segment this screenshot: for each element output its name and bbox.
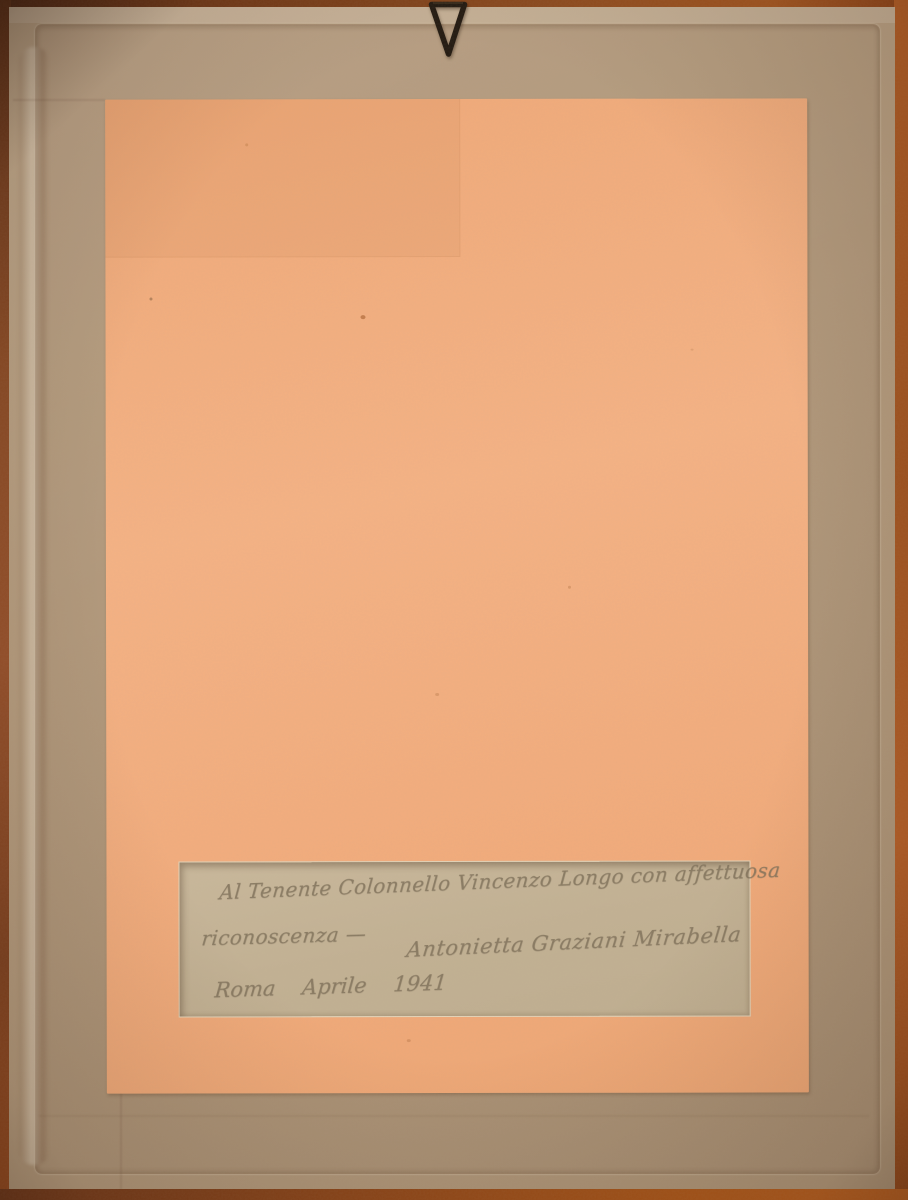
board-crease [120, 1093, 122, 1189]
paper-toned-patch [105, 99, 460, 258]
paper-sheet: Al Tenente Colonnello Vincenzo Longo con… [105, 98, 809, 1093]
paper-speck [435, 693, 439, 696]
frame-edge-bottom [0, 1189, 908, 1200]
paper-speck [361, 315, 366, 319]
board-crease [13, 99, 105, 101]
paper-speck [691, 349, 694, 351]
paper-speck [245, 143, 248, 146]
board-crease [39, 1115, 869, 1117]
inscription-line-2: riconoscenza — [200, 922, 367, 951]
board-left-fold [19, 47, 49, 1165]
inscription-dateline: Roma Aprile 1941 [214, 971, 448, 1003]
inscription-line-1: Al Tenente Colonnello Vincenzo Longo con… [219, 858, 782, 905]
paper-speck [407, 1039, 411, 1042]
frame-edge-right [894, 0, 908, 1200]
hanging-hook-icon [428, 0, 468, 60]
inscription-signature: Antonietta Graziani Mirabella [405, 922, 742, 962]
inscription-window: Al Tenente Colonnello Vincenzo Longo con… [178, 860, 750, 1017]
paper-speck [568, 586, 571, 589]
paper-speck [149, 298, 152, 301]
frame-back-photo: Al Tenente Colonnello Vincenzo Longo con… [0, 0, 908, 1200]
